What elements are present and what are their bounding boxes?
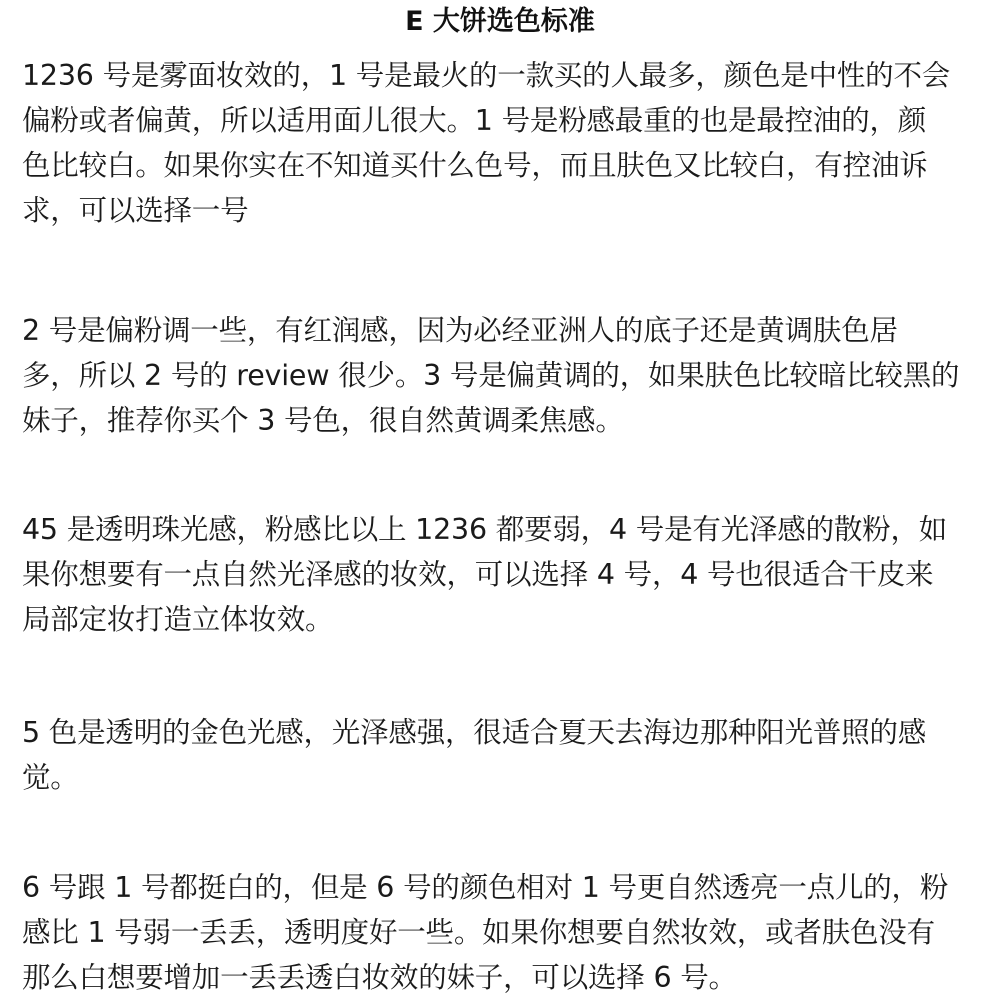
document-title: E 大饼选色标准 bbox=[0, 4, 1000, 40]
text-line: 局部定妆打造立体妆效。 bbox=[22, 597, 982, 642]
text-line: 觉。 bbox=[22, 755, 982, 800]
text-line: 偏粉或者偏黄，所以适用面儿很大。1 号是粉感最重的也是最控油的，颜 bbox=[22, 98, 982, 143]
text-line: 果你想要有一点自然光泽感的妆效，可以选择 4 号，4 号也很适合干皮来 bbox=[22, 552, 982, 597]
paragraph-shade-45: 45 是透明珠光感，粉感比以上 1236 都要弱，4 号是有光泽感的散粉，如 果… bbox=[22, 507, 982, 642]
text-line: 那么白想要增加一丢丢透白妆效的妹子，可以选择 6 号。 bbox=[22, 955, 982, 1000]
text-line: 2 号是偏粉调一些，有红润感，因为必经亚洲人的底子还是黄调肤色居 bbox=[22, 308, 982, 353]
text-line: 6 号跟 1 号都挺白的，但是 6 号的颜色相对 1 号更自然透亮一点儿的，粉 bbox=[22, 865, 982, 910]
text-line: 5 色是透明的金色光感，光泽感强，很适合夏天去海边那种阳光普照的感 bbox=[22, 710, 982, 755]
text-line: 妹子，推荐你买个 3 号色，很自然黄调柔焦感。 bbox=[22, 398, 982, 443]
paragraph-shade-5: 5 色是透明的金色光感，光泽感强，很适合夏天去海边那种阳光普照的感 觉。 bbox=[22, 710, 982, 800]
paragraph-shade-6: 6 号跟 1 号都挺白的，但是 6 号的颜色相对 1 号更自然透亮一点儿的，粉 … bbox=[22, 865, 982, 1000]
paragraph-shade-2-3: 2 号是偏粉调一些，有红润感，因为必经亚洲人的底子还是黄调肤色居 多，所以 2 … bbox=[22, 308, 982, 443]
text-line: 多，所以 2 号的 review 很少。3 号是偏黄调的，如果肤色比较暗比较黑的 bbox=[22, 353, 982, 398]
text-line: 45 是透明珠光感，粉感比以上 1236 都要弱，4 号是有光泽感的散粉，如 bbox=[22, 507, 982, 552]
text-line: 1236 号是雾面妆效的，1 号是最火的一款买的人最多，颜色是中性的不会 bbox=[22, 53, 982, 98]
text-line: 感比 1 号弱一丢丢，透明度好一些。如果你想要自然妆效，或者肤色没有 bbox=[22, 910, 982, 955]
text-line: 求，可以选择一号 bbox=[22, 188, 982, 233]
paragraph-shade-1236: 1236 号是雾面妆效的，1 号是最火的一款买的人最多，颜色是中性的不会 偏粉或… bbox=[22, 53, 982, 233]
text-line: 色比较白。如果你实在不知道买什么色号，而且肤色又比较白，有控油诉 bbox=[22, 143, 982, 188]
